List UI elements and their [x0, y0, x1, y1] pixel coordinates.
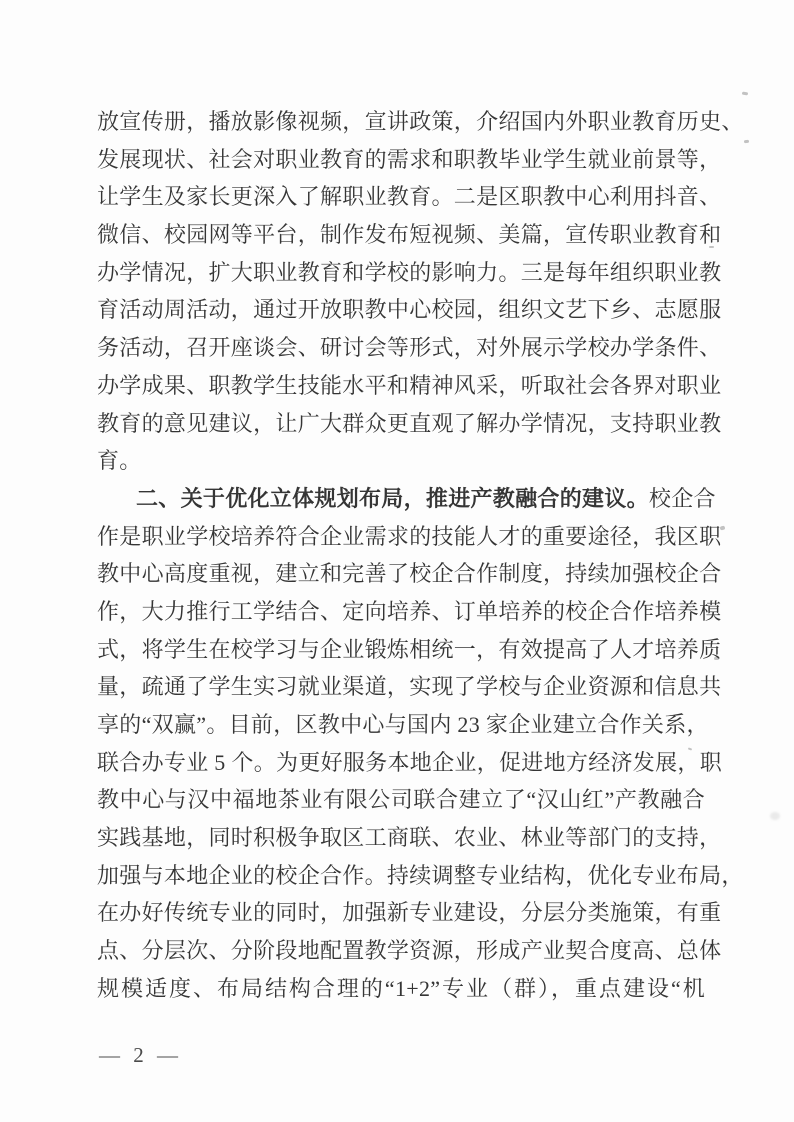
text-line: 办学成果、职教学生技能水平和精神风采，听取社会各界对职业: [97, 367, 705, 405]
page-number: — 2 —: [99, 1040, 182, 1070]
text-line: 育活动周活动，通过开放职教中心校园，组织文艺下乡、志愿服: [97, 291, 705, 329]
scan-artifact: [714, 657, 719, 660]
text-line: 实践基地，同时积极争取区工商联、农业、林业等部门的支持，: [97, 819, 705, 857]
section-heading-tail: 校企合: [649, 486, 716, 511]
text-line: 作是职业学校培养符合企业需求的技能人才的重要途径，我区职: [97, 518, 705, 556]
text-line: 教中心高度重视，建立和完善了校企合作制度，持续加强校企合: [97, 555, 705, 593]
text-line: 发展现状、社会对职业教育的需求和职教毕业学生就业前景等，: [97, 141, 705, 179]
text-line: 务活动，召开座谈会、研讨会等形式，对外展示学校办学条件、: [97, 329, 705, 367]
text-line: 点、分层次、分阶段地配置教学资源，形成产业契合度高、总体: [97, 932, 705, 970]
text-line: 加强与本地企业的校企合作。持续调整专业结构，优化专业布局，: [97, 857, 705, 895]
scan-artifact: [770, 812, 780, 820]
text-line: 规模适度、布局结构合理的“1+2”专业（群），重点建设“机: [97, 970, 705, 1008]
scan-artifact: [742, 92, 748, 96]
text-line: 让学生及家长更深入了解职业教育。二是区职教中心利用抖音、: [97, 178, 705, 216]
text-line: 式，将学生在校学习与企业锻炼相统一，有效提高了人才培养质: [97, 631, 705, 669]
section-heading: 二、关于优化立体规划布局，推进产教融合的建议。: [136, 486, 649, 511]
scan-artifact: [686, 790, 690, 792]
text-line: 微信、校园网等平台，制作发布短视频、美篇，宣传职业教育和: [97, 216, 705, 254]
text-line: 放宣传册，播放影像视频，宣讲政策，介绍国内外职业教育历史、: [97, 103, 705, 141]
text-line: 量，疏通了学生实习就业渠道，实现了学校与企业资源和信息共: [97, 668, 705, 706]
text-line: 教育的意见建议，让广大群众更直观了解办学情况，支持职业教: [97, 405, 705, 443]
section-heading-line: 二、关于优化立体规划布局，推进产教融合的建议。校企合: [97, 480, 705, 518]
text-line: 育。: [97, 442, 705, 480]
scan-artifact: [744, 140, 749, 144]
text-line: 在办好传统专业的同时，加强新专业建设，分层分类施策，有重: [97, 894, 705, 932]
text-line: 享的“双赢”。目前，区教中心与国内 23 家企业建立合作关系，: [97, 706, 705, 744]
body-text: 放宣传册，播放影像视频，宣讲政策，介绍国内外职业教育历史、 发展现状、社会对职业…: [97, 103, 705, 1008]
text-line: 作，大力推行工学结合、定向培养、订单培养的校企合作培养模: [97, 593, 705, 631]
text-line: 联合办专业 5 个。为更好服务本地企业，促进地方经济发展，职: [97, 744, 705, 782]
text-line: 教中心与汉中福地茶业有限公司联合建立了“汉山红”产教融合: [97, 781, 705, 819]
document-page: 放宣传册，播放影像视频，宣讲政策，介绍国内外职业教育历史、 发展现状、社会对职业…: [0, 0, 794, 1122]
text-line: 办学情况，扩大职业教育和学校的影响力。三是每年组织职业教: [97, 254, 705, 292]
scan-artifact: [709, 246, 714, 248]
scan-artifact: [720, 525, 726, 530]
